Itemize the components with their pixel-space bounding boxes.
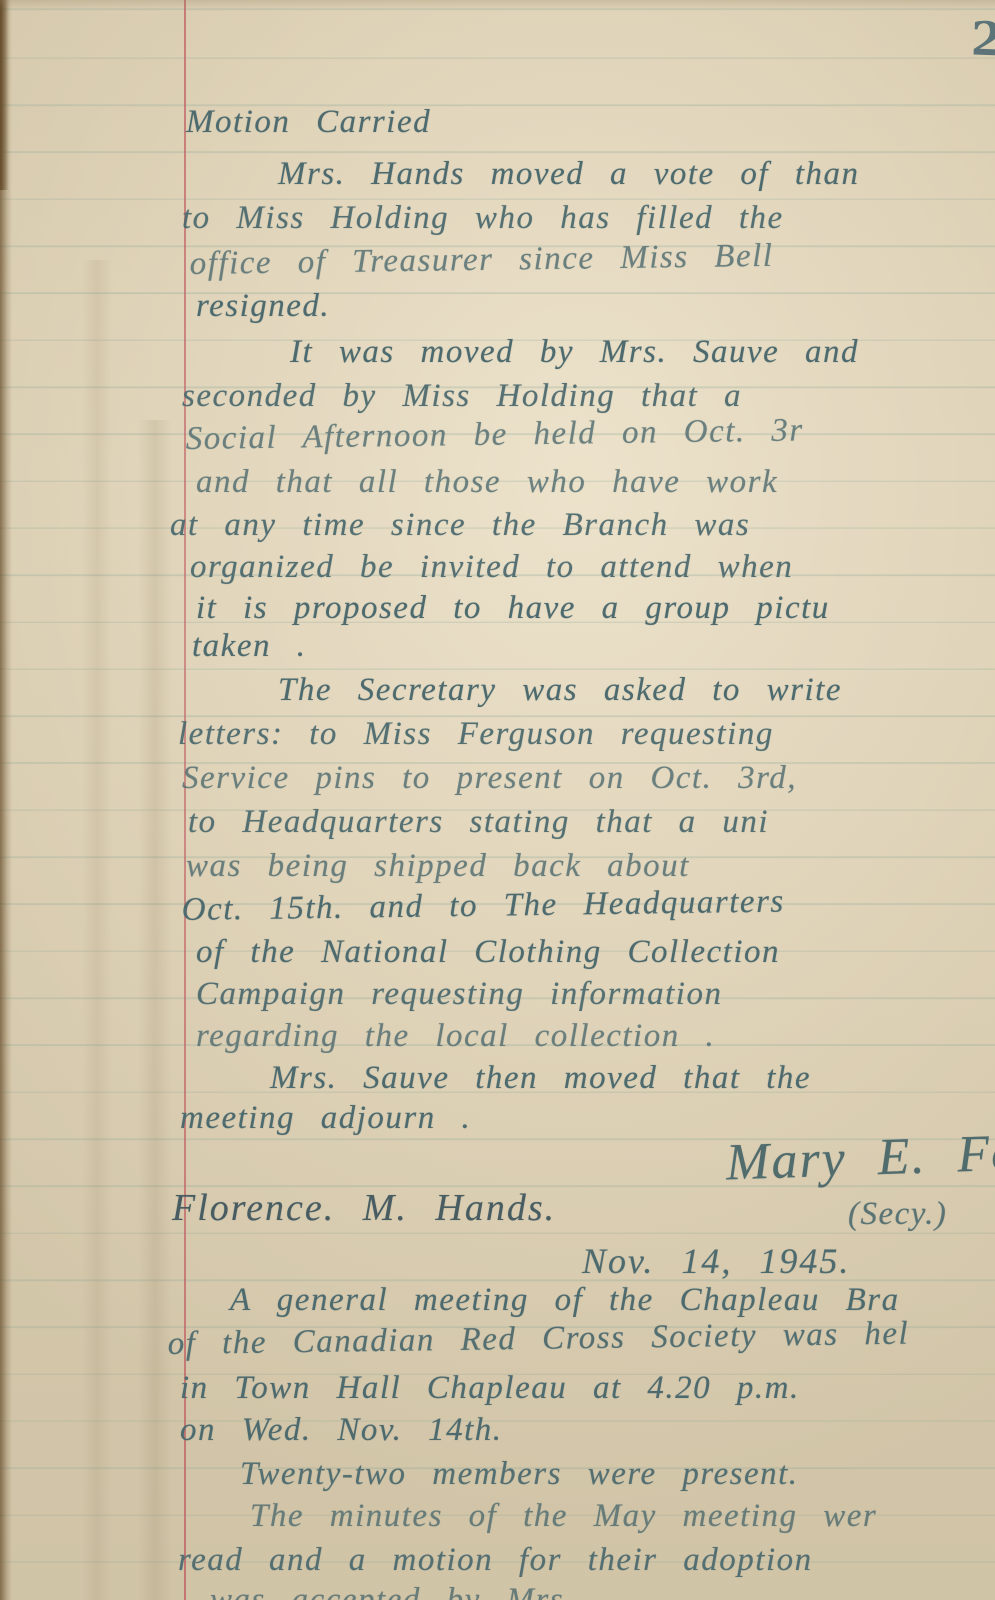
secretary-title-label: (Secy.) xyxy=(848,1196,947,1233)
handwritten-line: seconded by Miss Holding that a xyxy=(182,378,742,415)
handwritten-line: in Town Hall Chapleau at 4.20 p.m. xyxy=(180,1370,800,1407)
handwritten-line: Mrs. Sauve then moved that the xyxy=(270,1060,811,1097)
handwritten-line: The Secretary was asked to write xyxy=(278,672,842,709)
minute-book-page: 2 Motion Carried Mrs. Hands moved a vote… xyxy=(0,0,995,1600)
handwritten-line: Social Afternoon be held on Oct. 3r xyxy=(185,412,804,458)
handwritten-text-block: Motion Carried Mrs. Hands moved a vote o… xyxy=(0,0,995,1600)
handwritten-line: organized be invited to attend when xyxy=(190,549,793,586)
handwritten-line: regarding the local collection . xyxy=(196,1018,715,1055)
handwritten-line: to Miss Holding who has filled the xyxy=(182,200,784,237)
handwritten-line: Oct. 15th. and to The Headquarters xyxy=(181,884,785,929)
handwritten-line: was being shipped back about xyxy=(186,848,690,885)
handwritten-line: The minutes of the May meeting wer xyxy=(250,1498,877,1535)
handwritten-line: taken . xyxy=(192,628,306,665)
handwritten-line: It was moved by Mrs. Sauve and xyxy=(290,334,859,371)
handwritten-line: meeting adjourn . xyxy=(180,1100,471,1137)
handwritten-line: read and a motion for their adoption xyxy=(178,1542,813,1579)
handwritten-line-partial: was accepted by Mrs. xyxy=(210,1582,574,1600)
handwritten-line: of the Canadian Red Cross Society was he… xyxy=(167,1316,909,1363)
handwritten-line: Motion Carried xyxy=(186,104,431,141)
handwritten-line: A general meeting of the Chapleau Bra xyxy=(230,1282,900,1319)
date-heading: Nov. 14, 1945. xyxy=(582,1240,850,1282)
handwritten-line: Campaign requesting information xyxy=(196,976,722,1013)
signature-florence-hands: Florence. M. Hands. xyxy=(172,1186,556,1230)
handwritten-line: Twenty-two members were present. xyxy=(240,1456,799,1493)
handwritten-line: letters: to Miss Ferguson requesting xyxy=(178,716,774,753)
handwritten-line: on Wed. Nov. 14th. xyxy=(180,1412,502,1449)
handwritten-line: Mrs. Hands moved a vote of than xyxy=(278,156,860,193)
handwritten-line: to Headquarters stating that a uni xyxy=(188,804,769,841)
handwritten-line: and that all those who have work xyxy=(196,464,778,501)
handwritten-line: of the National Clothing Collection xyxy=(196,934,780,971)
handwritten-line: Service pins to present on Oct. 3rd, xyxy=(182,760,797,797)
handwritten-line: at any time since the Branch was xyxy=(170,507,750,544)
handwritten-line: office of Treasurer since Miss Bell xyxy=(189,238,773,283)
signature-mary-foy: Mary E. Foy xyxy=(725,1122,995,1192)
handwritten-line: it is proposed to have a group pictu xyxy=(196,590,830,627)
handwritten-line: resigned. xyxy=(196,288,330,325)
